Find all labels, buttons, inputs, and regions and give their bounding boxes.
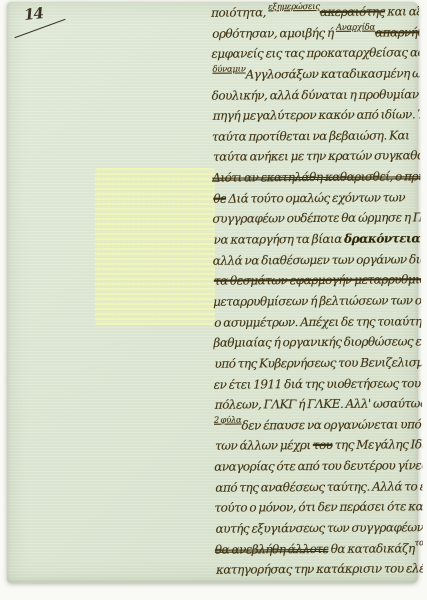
manuscript-line: πηγή μεγαλύτερον κακόν από ιδίων. Τα <box>213 104 420 126</box>
handwriting-text: αλλά να διαθέσωμεν των οργάνων διά <box>213 252 423 267</box>
struck-through-handwriting: του <box>313 438 333 452</box>
handwriting-text: αυτής εξυγιάνσεως των συγγραφέων <box>216 520 423 535</box>
handwriting-text: εμφανείς εις τας προκαταρχθείσας ασυνή- <box>211 45 423 61</box>
interlinear-insertion: δύναμιν <box>212 64 245 74</box>
manuscript-line: τούτο ο μόνον, ότι δεν περάσει ότε κατο- <box>214 497 422 519</box>
paper-weave-texture <box>95 168 215 325</box>
manuscript-line: δουλικήν, αλλά δύναται η προθυμίαν <box>212 84 420 106</box>
struck-through-handwriting: ακεραιότης <box>320 5 385 19</box>
handwriting-text: μεταρρυθμίσεων ή βελτιώσεων των οχυρών <box>213 293 423 309</box>
struck-through-handwriting: απαρνήθησαν <box>375 25 423 40</box>
manuscript-line: 2 φύλαδεν έπαυσε να οργανώνεται υπό μεγά… <box>214 414 422 436</box>
manuscript-line: αλλά να διαθέσωμεν των οργάνων διά <box>213 249 421 271</box>
manuscript-line: των άλλων μέχρι του της Μεγάλης Ιδέας <box>215 435 422 457</box>
struck-through-handwriting: θα ανεβλήθη άλλοτε <box>215 542 329 557</box>
interlinear-insertion: εξημερώσεις <box>268 2 320 12</box>
handwriting-text: πόλεων, ΓΛΚΓ ή ΓΛΚΕ. Αλλ' ωσαύτως <box>215 396 423 411</box>
manuscript-line: να καταργήση τα βίαια δρακόντεια μέτρα, <box>214 228 421 250</box>
handwriting-text: δρακόντεια <box>344 231 420 246</box>
handwriting-text: ο ασυμμέτρων. Απέχει δε της τοιαύτης <box>214 314 423 329</box>
manuscript-line: δύναμινΑγγλοσάξων καταδικασμένη ως σφύρα <box>212 63 419 85</box>
manuscript-line: πόλεων, ΓΛΚΓ ή ΓΛΚΕ. Αλλ' ωσαύτως <box>215 393 422 415</box>
struck-through-handwriting: θε <box>213 191 226 205</box>
handwriting-text: ταύτα προτίθεται να βεβαιώση. Και <box>212 128 410 143</box>
handwriting-text: των άλλων μέχρι <box>215 438 313 453</box>
handwriting-text: υπό της Κυβερνήσεως του Βενιζελισμού <box>214 355 423 371</box>
interlinear-insertion: Αναρχίδα <box>336 22 375 32</box>
manuscript-line: κατηγορήσας την κατάκρισιν του ελέγχου <box>216 559 423 581</box>
handwriting-text: μέτρα, <box>420 231 423 245</box>
handwriting-text: τούτο ο μόνον, ότι δεν περάσει ότε κατο- <box>214 500 423 516</box>
handwriting-text: δουλικήν, αλλά δύναται η προθυμίαν <box>212 87 419 102</box>
handwriting-text: θα καταδικάζη <box>328 541 414 556</box>
interlinear-insertion: ται <box>415 538 423 548</box>
manuscript-line: εν έτει 1911 διά της υιοθετήσεως του <box>214 373 422 395</box>
struck-through-handwriting: τα θεσμάτων εφαρμογήν μεταρρυθμισθείσων <box>214 272 423 288</box>
manuscript-line: Διότι αν εκατηλάθη καθαρισθεί, ο πριν <box>212 166 420 188</box>
manuscript-line: θα ανεβλήθη άλλοτε θα καταδικάζηται <box>215 538 423 560</box>
manuscript-line: από της αναθέσεως ταύτης. Αλλά το έχομεν <box>215 476 422 498</box>
handwriting-text: πηγή μεγαλύτερον κακόν από ιδίων. Τα <box>213 107 423 123</box>
handwriting-text: να καταργήση τα βίαια <box>214 232 345 247</box>
handwriting-text: ποιότητα, <box>211 5 268 19</box>
struck-through-handwriting: Διότι αν εκατηλάθη καθαρισθεί, ο πριν <box>212 169 423 185</box>
manuscript-line: ορθότησαν, αμοιβής ή Αναρχίδααπαρνήθησαν <box>212 22 419 44</box>
manuscript-line: ταύτα ανήκει με την κρατών συγκαθάρμα- <box>213 146 420 168</box>
manuscript-line: εμφανείς εις τας προκαταρχθείσας ασυνή- <box>211 43 419 65</box>
handwriting-text: κατηγορήσας την κατάκρισιν του ελέγχου <box>216 561 423 577</box>
handwriting-text: και αξιότητα <box>385 4 423 19</box>
handwriting-text: βαθμιαίας ή οργανικής διορθώσεως εγίνετο <box>213 334 423 350</box>
handwriting-text: Διά τούτο ομαλώς εχόντων των <box>226 190 405 205</box>
manuscript-line: αυτής εξυγιάνσεως των συγγραφέων εκδότα <box>216 517 423 539</box>
manuscript-line: μεταρρυθμίσεων ή βελτιώσεων των οχυρών <box>213 290 421 312</box>
manuscript-line: ταύτα προτίθεται να βεβαιώση. Και <box>212 125 420 147</box>
handwriting-text: της Μεγάλης Ιδέας <box>333 438 423 453</box>
scanned-document: 14 ποιότητα, εξημερώσειςακεραιότης και α… <box>0 0 427 600</box>
handwriting-text: από της αναθέσεως ταύτης. Αλλά το έχομεν <box>215 479 423 495</box>
handwriting-text: αναγορίας ότε από του δευτέρου γίνεσθαι <box>214 458 423 474</box>
handwriting-text: Αγγλοσάξων καταδικασμένη ως σφύρα <box>246 66 423 82</box>
manuscript-line: συγγραφέων ουδέποτε θα ώρμησε η Πολιτεία <box>212 208 420 230</box>
interlinear-insertion: 2 φύλα <box>214 415 242 425</box>
manuscript-line: ο ασυμμέτρων. Απέχει δε της τοιαύτης <box>214 311 421 333</box>
handwriting-text: εν έτει 1911 διά της υιοθετήσεως του <box>214 376 421 391</box>
page-number: 14 <box>23 4 44 24</box>
handwriting-text: ταύτα ανήκει με την κρατών συγκαθάρμα- <box>213 149 423 165</box>
handwriting-text: συγγραφέων ουδέποτε θα ώρμησε η Πολιτεία <box>212 210 423 226</box>
handwriting-text: δεν έπαυσε να οργανώνεται υπό μεγάλων <box>241 417 423 433</box>
manuscript-line: ποιότητα, εξημερώσειςακεραιότης και αξιό… <box>211 1 419 23</box>
manuscript-line: υπό της Κυβερνήσεως του Βενιζελισμού <box>214 352 421 374</box>
manuscript-line: βαθμιαίας ή οργανικής διορθώσεως εγίνετο <box>213 332 421 354</box>
manuscript-line: αναγορίας ότε από του δευτέρου γίνεσθαι <box>214 455 422 477</box>
manuscript-text-block: ποιότητα, εξημερώσειςακεραιότης και αξιό… <box>211 1 423 582</box>
manuscript-line: θε Διά τούτο ομαλώς εχόντων των <box>213 187 420 209</box>
handwriting-text: ορθότησαν, αμοιβής ή <box>212 26 336 41</box>
manuscript-line: τα θεσμάτων εφαρμογήν μεταρρυθμισθείσων <box>214 270 421 292</box>
